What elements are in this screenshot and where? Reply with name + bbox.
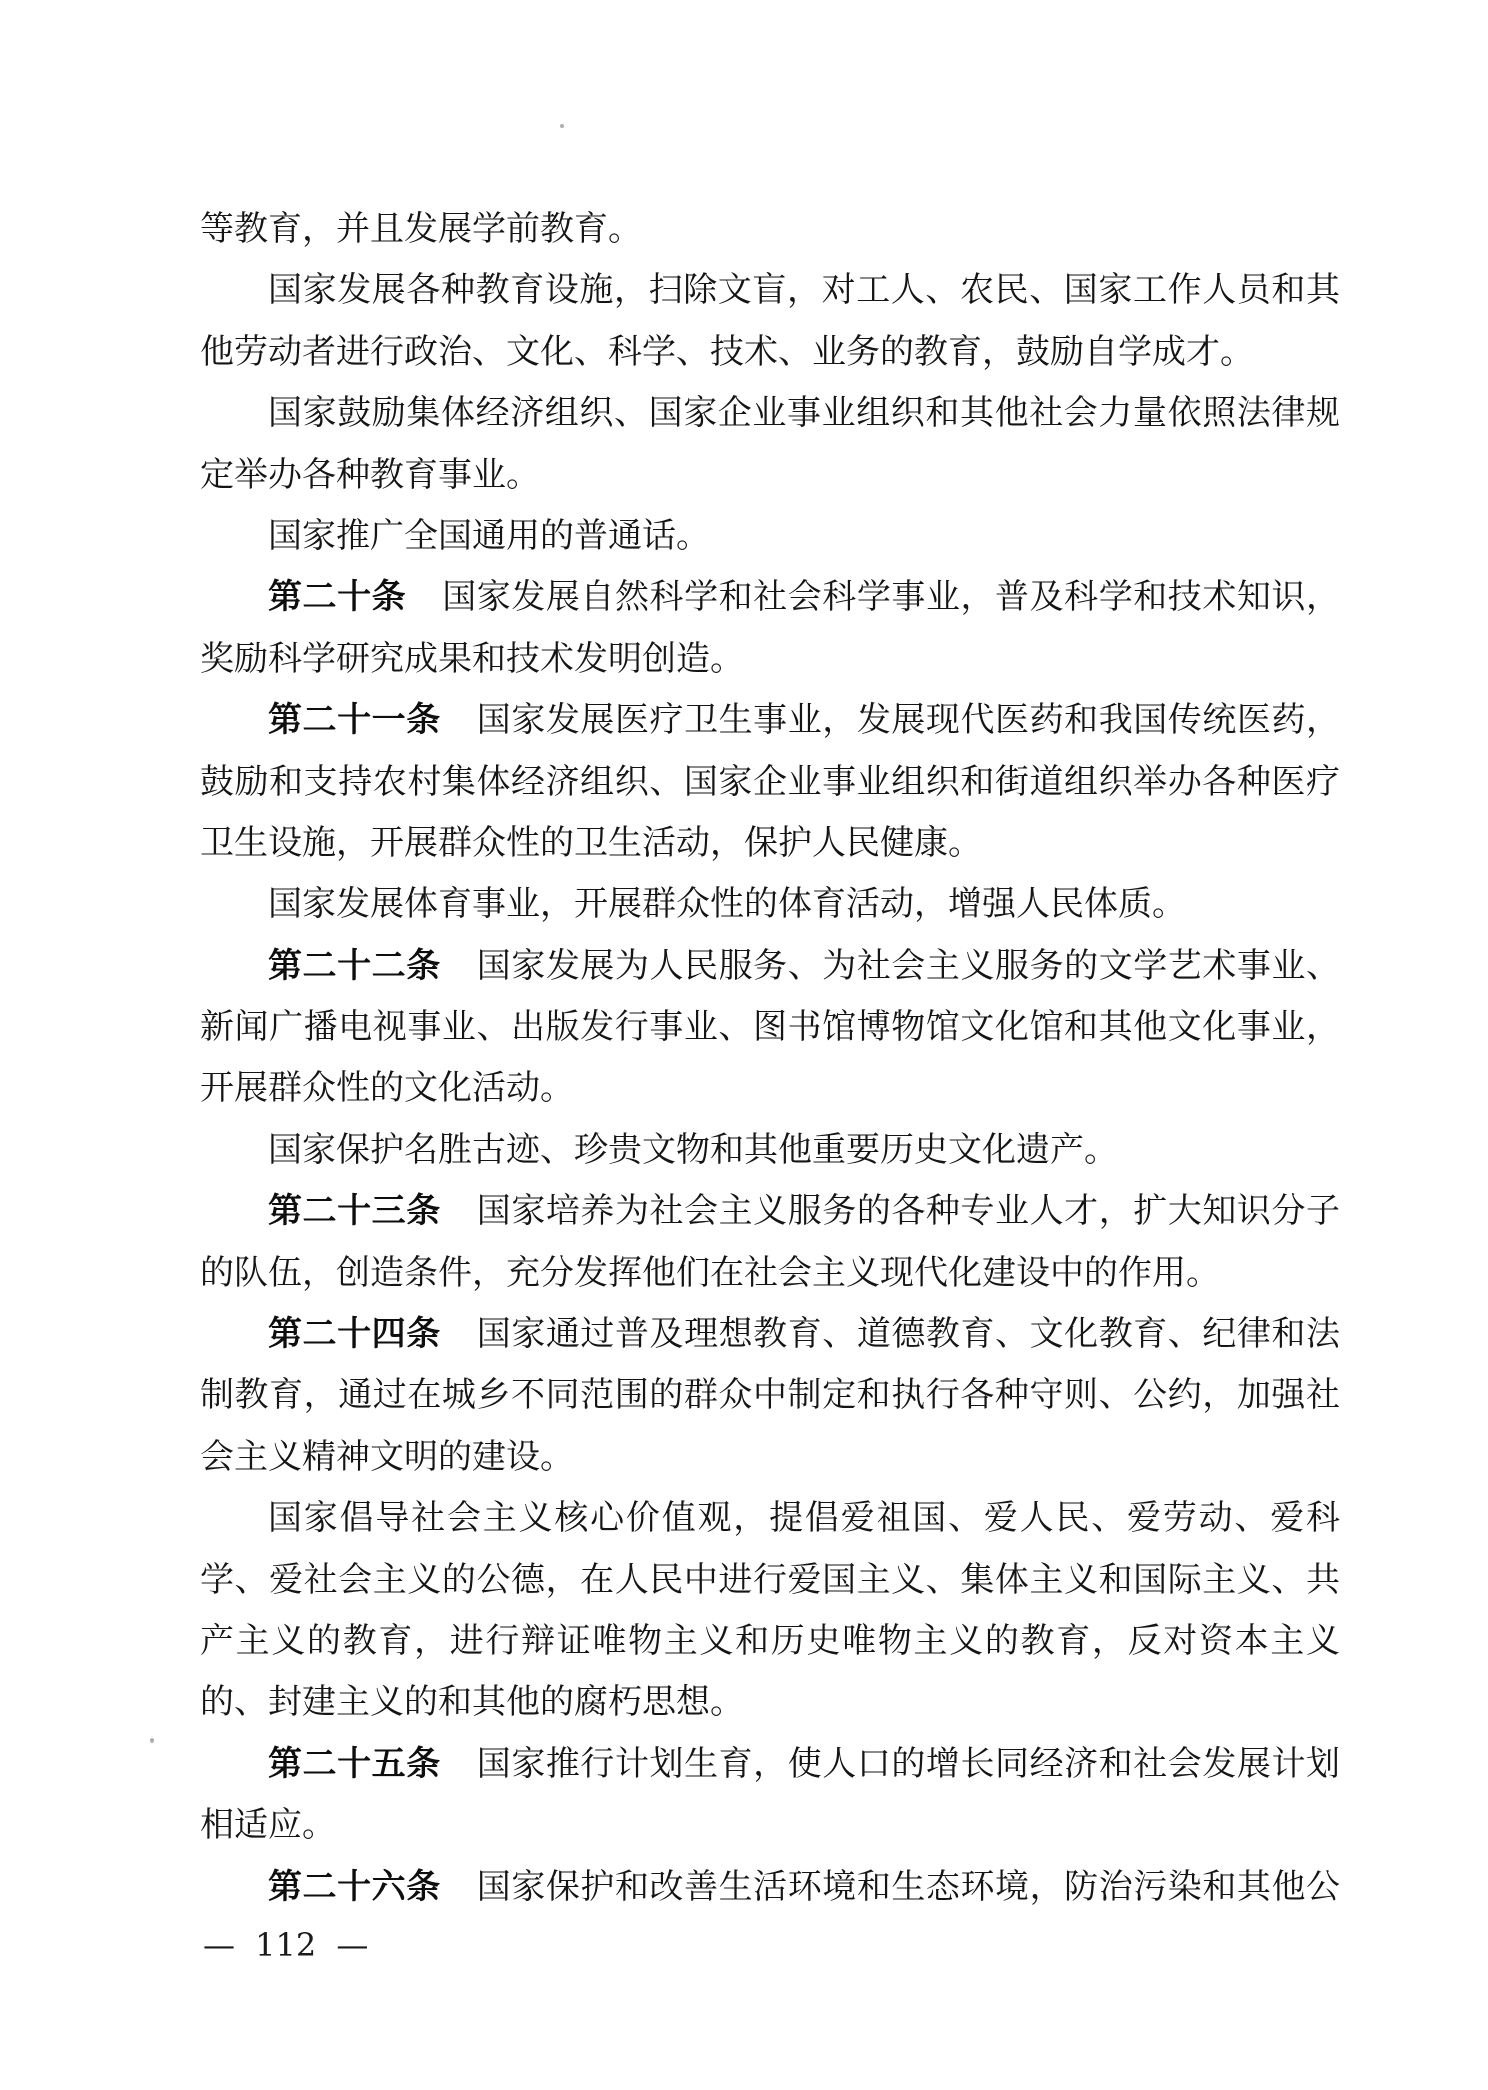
line-text: 国家推广全国通用的普通话。 (268, 516, 710, 556)
text-line: 第二十条国家发展自然科学和社会科学事业，普及科学和技术知识， (200, 567, 1340, 628)
line-text: 鼓励和支持农村集体经济组织、国家企业事业组织和街道组织举办各种医疗 (200, 762, 1340, 802)
line-text: 国家倡导社会主义核心价值观，提倡爱祖国、爱人民、爱劳动、爱科 (268, 1498, 1340, 1538)
text-line: 的队伍，创造条件，充分发挥他们在社会主义现代化建设中的作用。 (200, 1243, 1340, 1304)
line-text: 国家培养为社会主义服务的各种专业人才，扩大知识分子 (477, 1191, 1340, 1231)
text-line: 等教育，并且发展学前教育。 (200, 199, 1340, 260)
line-text: 产主义的教育，进行辩证唯物主义和历史唯物主义的教育，反对资本主义 (200, 1621, 1340, 1661)
text-line: 会主义精神文明的建设。 (200, 1427, 1340, 1488)
line-text: 开展群众性的文化活动。 (200, 1068, 574, 1108)
line-text: 国家发展为人民服务、为社会主义服务的文学艺术事业、 (477, 946, 1340, 986)
article-number-bold: 第二十三条 (268, 1191, 441, 1231)
text-line: 第二十五条国家推行计划生育，使人口的增长同经济和社会发展计划 (200, 1734, 1340, 1795)
line-text: 制教育，通过在城乡不同范围的群众中制定和执行各种守则、公约，加强社 (200, 1375, 1340, 1415)
scan-speck (150, 1738, 154, 1743)
article-number-bold: 第二十五条 (268, 1744, 441, 1784)
text-line: 第二十三条国家培养为社会主义服务的各种专业人才，扩大知识分子 (200, 1181, 1340, 1242)
line-text: 奖励科学研究成果和技术发明创造。 (200, 639, 744, 679)
text-block: 等教育，并且发展学前教育。 国家发展各种教育设施，扫除文盲，对工人、农民、国家工… (200, 199, 1340, 1918)
line-text: 卫生设施，开展群众性的卫生活动，保护人民健康。 (200, 823, 982, 863)
line-text: 国家保护和改善生活环境和生态环境，防治污染和其他公 (477, 1867, 1340, 1907)
line-text: 国家发展各种教育设施，扫除文盲，对工人、农民、国家工作人员和其 (268, 270, 1340, 310)
article-number-bold: 第二十条 (268, 577, 406, 617)
text-line: 第二十一条国家发展医疗卫生事业，发展现代医药和我国传统医药， (200, 690, 1340, 751)
line-text: 他劳动者进行政治、文化、科学、技术、业务的教育，鼓励自学成才。 (200, 332, 1254, 372)
text-line: 开展群众性的文化活动。 (200, 1058, 1340, 1119)
text-line: 他劳动者进行政治、文化、科学、技术、业务的教育，鼓励自学成才。 (200, 322, 1340, 383)
line-text: 相适应。 (200, 1805, 336, 1845)
text-line: 学、爱社会主义的公德，在人民中进行爱国主义、集体主义和国际主义、共 (200, 1550, 1340, 1611)
scanned-document-page: 等教育，并且发展学前教育。 国家发展各种教育设施，扫除文盲，对工人、农民、国家工… (0, 0, 1488, 2090)
line-text: 国家保护名胜古迹、珍贵文物和其他重要历史文化遗产。 (268, 1130, 1118, 1170)
line-text: 的、封建主义的和其他的腐朽思想。 (200, 1682, 744, 1722)
text-line: 奖励科学研究成果和技术发明创造。 (200, 629, 1340, 690)
text-line: 定举办各种教育事业。 (200, 445, 1340, 506)
text-line: 国家推广全国通用的普通话。 (200, 506, 1340, 567)
line-text: 会主义精神文明的建设。 (200, 1437, 574, 1477)
text-line: 国家倡导社会主义核心价值观，提倡爱祖国、爱人民、爱劳动、爱科 (200, 1488, 1340, 1549)
text-line: 国家发展体育事业，开展群众性的体育活动，增强人民体质。 (200, 874, 1340, 935)
line-text: 学、爱社会主义的公德，在人民中进行爱国主义、集体主义和国际主义、共 (200, 1560, 1340, 1600)
scan-speck (560, 124, 564, 128)
line-text: 国家发展医疗卫生事业，发展现代医药和我国传统医药， (477, 700, 1340, 740)
line-text: 国家鼓励集体经济组织、国家企业事业组织和其他社会力量依照法律规 (268, 393, 1340, 433)
line-text: 国家推行计划生育，使人口的增长同经济和社会发展计划 (477, 1744, 1340, 1784)
text-line: 新闻广播电视事业、出版发行事业、图书馆博物馆文化馆和其他文化事业， (200, 997, 1340, 1058)
text-line: 第二十六条国家保护和改善生活环境和生态环境，防治污染和其他公 (200, 1857, 1340, 1918)
text-line: 卫生设施，开展群众性的卫生活动，保护人民健康。 (200, 813, 1340, 874)
text-line: 相适应。 (200, 1795, 1340, 1856)
text-line: 产主义的教育，进行辩证唯物主义和历史唯物主义的教育，反对资本主义 (200, 1611, 1340, 1672)
line-text: 新闻广播电视事业、出版发行事业、图书馆博物馆文化馆和其他文化事业， (200, 1007, 1340, 1047)
text-line: 制教育，通过在城乡不同范围的群众中制定和执行各种守则、公约，加强社 (200, 1365, 1340, 1426)
article-number-bold: 第二十一条 (268, 700, 441, 740)
article-number-bold: 第二十六条 (268, 1867, 441, 1907)
text-line: 国家保护名胜古迹、珍贵文物和其他重要历史文化遗产。 (200, 1120, 1340, 1181)
line-text: 国家发展体育事业，开展群众性的体育活动，增强人民体质。 (268, 884, 1186, 924)
text-line: 鼓励和支持农村集体经济组织、国家企业事业组织和街道组织举办各种医疗 (200, 752, 1340, 813)
line-text: 定举办各种教育事业。 (200, 455, 540, 495)
line-text: 国家发展自然科学和社会科学事业，普及科学和技术知识， (442, 577, 1340, 617)
text-line: 国家发展各种教育设施，扫除文盲，对工人、农民、国家工作人员和其 (200, 260, 1340, 321)
line-text: 等教育，并且发展学前教育。 (200, 209, 642, 249)
text-line: 的、封建主义的和其他的腐朽思想。 (200, 1672, 1340, 1733)
line-text: 国家通过普及理想教育、道德教育、文化教育、纪律和法 (477, 1314, 1340, 1354)
article-number-bold: 第二十二条 (268, 946, 441, 986)
page-number: — 112 — (203, 1926, 368, 1964)
text-line: 第二十四条国家通过普及理想教育、道德教育、文化教育、纪律和法 (200, 1304, 1340, 1365)
article-number-bold: 第二十四条 (268, 1314, 441, 1354)
line-text: 的队伍，创造条件，充分发挥他们在社会主义现代化建设中的作用。 (200, 1253, 1220, 1293)
text-line: 第二十二条国家发展为人民服务、为社会主义服务的文学艺术事业、 (200, 936, 1340, 997)
text-line: 国家鼓励集体经济组织、国家企业事业组织和其他社会力量依照法律规 (200, 383, 1340, 444)
